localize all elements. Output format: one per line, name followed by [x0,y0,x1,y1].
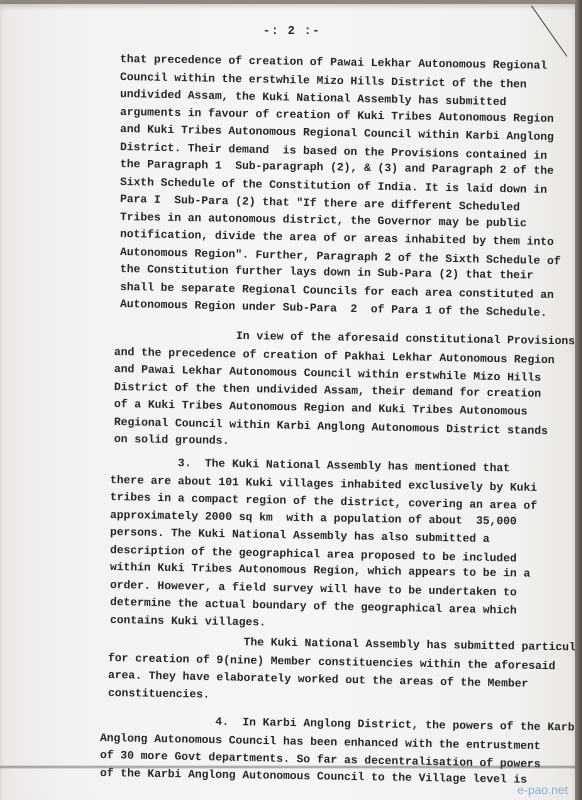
pen-mark [531,5,567,56]
paragraph-3: 3. The Kuki National Assembly has mentio… [110,455,537,630]
page-number: -: 2 :- [263,24,320,38]
paragraph-4: The Kuki National Assembly has submitted… [108,633,575,703]
paragraph-1: that precedence of creation of Pawai Lek… [120,52,561,315]
scan-right-edge [575,0,582,800]
paragraph-2: In view of the aforesaid constitutional … [114,327,575,450]
watermark: e-pao.net [517,783,568,797]
paragraph-5: 4. In Karbi Anglong District, the powers… [100,713,575,783]
document-page: -: 2 :- that precedence of creation of P… [0,4,575,800]
paper-fold-crease [0,765,575,769]
